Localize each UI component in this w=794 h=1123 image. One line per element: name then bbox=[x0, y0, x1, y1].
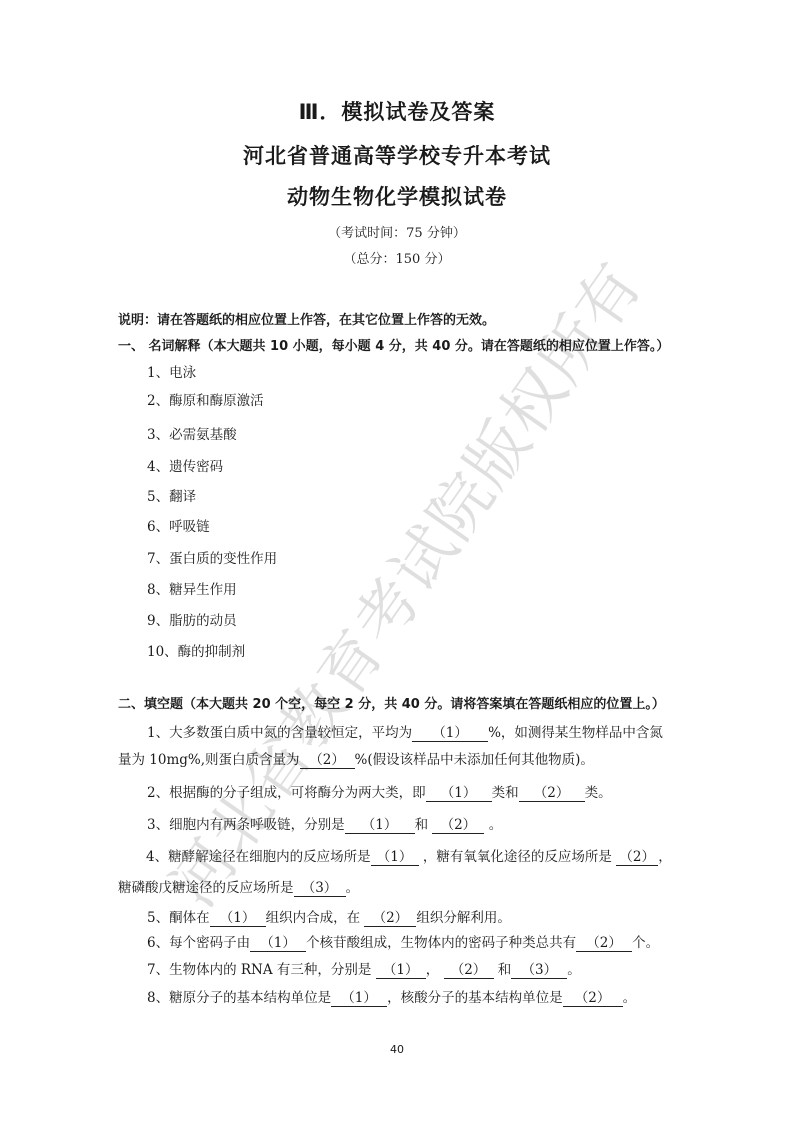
question-text: ， bbox=[426, 962, 440, 978]
answer-blank[interactable]: （1） bbox=[371, 850, 419, 866]
question-4-line-2: 糖磷酸戊糖途径的反应场所是（3）。 bbox=[118, 876, 359, 897]
question-text: 类和 bbox=[492, 785, 519, 801]
list-item: 3、必需氨基酸 bbox=[147, 423, 237, 443]
list-item: 9、脂肪的动员 bbox=[147, 609, 237, 629]
question-6: 6、每个密码子由（1）个核苷酸组成，生物体内的密码子种类总共有（2）个。 bbox=[147, 931, 659, 952]
question-text: ，核酸分子的基本结构单位是 bbox=[387, 990, 563, 1006]
answer-blank[interactable]: （2） bbox=[616, 850, 658, 866]
list-item: 8、糖异生作用 bbox=[147, 578, 237, 598]
question-text: 类。 bbox=[585, 785, 612, 801]
question-3: 3、细胞内有两条呼吸链，分别是（1）和 （2） 。 bbox=[147, 813, 502, 834]
question-text: 和 bbox=[498, 962, 512, 978]
question-text: 1、大多数蛋白质中氮的含量较恒定，平均为 bbox=[147, 725, 412, 741]
question-text: 。 bbox=[623, 990, 637, 1006]
answer-blank[interactable]: （2） bbox=[444, 963, 494, 979]
answer-blank[interactable]: （3） bbox=[294, 881, 346, 897]
question-text: ，糖有氧氧化途径的反应场所是 bbox=[423, 849, 612, 865]
question-1-line-2: 量为 10mg%,则蛋白质含量为（2）%(假设该样品中未添加任何其他物质)。 bbox=[118, 748, 594, 769]
instructions: 说明：请在答题纸的相应位置上作答，在其它位置上作答的无效。 bbox=[118, 309, 495, 328]
question-text: 2、根据酶的分子组成，可将酶分为两大类，即 bbox=[147, 785, 426, 801]
question-text: 。 bbox=[489, 817, 503, 833]
answer-blank[interactable]: （1） bbox=[331, 991, 387, 1007]
question-text: 个。 bbox=[632, 935, 659, 951]
question-text: 3、细胞内有两条呼吸链，分别是 bbox=[147, 817, 345, 833]
list-item: 2、酶原和酶原激活 bbox=[147, 389, 264, 409]
answer-blank[interactable]: （2） bbox=[563, 991, 623, 1007]
answer-blank[interactable]: （1） bbox=[426, 786, 492, 802]
list-item: 6、呼吸链 bbox=[147, 515, 210, 535]
question-text: 糖磷酸戊糖途径的反应场所是 bbox=[118, 880, 294, 896]
question-text: 。 bbox=[567, 962, 581, 978]
exam-page: 河北省教育考试院版权所有 Ⅲ．模拟试卷及答案 河北省普通高等学校专升本考试 动物… bbox=[0, 0, 794, 1123]
answer-blank[interactable]: （2） bbox=[364, 911, 416, 927]
question-5: 5、酮体在（1）组织内合成，在 （2）组织分解利用。 bbox=[147, 906, 511, 927]
exam-title: 河北省普通高等学校专升本考试 bbox=[0, 140, 794, 170]
question-text: 7、生物体内的 RNA 有三种，分别是 bbox=[147, 962, 371, 978]
exam-score: （总分：150 分） bbox=[0, 248, 794, 267]
question-text: ， bbox=[658, 849, 672, 865]
list-item: 7、蛋白质的变性作用 bbox=[147, 547, 277, 567]
answer-blank[interactable]: （1） bbox=[376, 963, 426, 979]
answer-blank[interactable]: （3） bbox=[511, 963, 567, 979]
question-text: 个核苷酸组成，生物体内的密码子种类总共有 bbox=[306, 935, 576, 951]
question-text: 量为 10mg%,则蛋白质含量为 bbox=[118, 752, 300, 768]
answer-blank[interactable]: （1） bbox=[210, 911, 266, 927]
question-7: 7、生物体内的 RNA 有三种，分别是 （1）， （2） 和（3）。 bbox=[147, 958, 581, 979]
question-text: 。 bbox=[346, 880, 360, 896]
answer-blank[interactable]: （1） bbox=[345, 818, 415, 834]
section2-heading: 二、填空题（本大题共 20 个空，每空 2 分，共 40 分。请将答案填在答题纸… bbox=[118, 693, 665, 712]
question-4-line-1: 4、糖酵解途径在细胞内的反应场所是（1） ，糖有氧氧化途径的反应场所是 （2）， bbox=[146, 845, 672, 866]
question-text: 5、酮体在 bbox=[147, 910, 210, 926]
question-1-line-1: 1、大多数蛋白质中氮的含量较恒定，平均为（1）%，如测得某生物样品中含氮 bbox=[147, 721, 663, 742]
question-2: 2、根据酶的分子组成，可将酶分为两大类，即（1）类和（2）类。 bbox=[147, 781, 612, 802]
question-text: 组织分解利用。 bbox=[416, 910, 511, 926]
question-text: 6、每个密码子由 bbox=[147, 935, 250, 951]
question-text: 4、糖酵解途径在细胞内的反应场所是 bbox=[146, 849, 371, 865]
list-item: 4、遗传密码 bbox=[147, 455, 223, 475]
page-number: 40 bbox=[0, 1043, 794, 1056]
section-title: Ⅲ．模拟试卷及答案 bbox=[0, 96, 794, 126]
question-text: %(假设该样品中未添加任何其他物质)。 bbox=[355, 752, 594, 768]
answer-blank[interactable]: （2） bbox=[519, 786, 585, 802]
question-text: %，如测得某生物样品中含氮 bbox=[488, 725, 663, 741]
question-text: 组织内合成，在 bbox=[266, 910, 361, 926]
list-item: 1、电泳 bbox=[147, 361, 196, 381]
question-8: 8、糖原分子的基本结构单位是（1），核酸分子的基本结构单位是（2）。 bbox=[147, 986, 636, 1007]
list-item: 10、酶的抑制剂 bbox=[147, 640, 245, 660]
answer-blank[interactable]: （2） bbox=[432, 818, 484, 834]
section1-heading: 一、 名词解释（本大题共 10 小题，每小题 4 分，共 40 分。请在答题纸的… bbox=[118, 335, 669, 354]
answer-blank[interactable]: （1） bbox=[250, 936, 306, 952]
exam-subtitle: 动物生物化学模拟试卷 bbox=[0, 181, 794, 211]
question-text: 8、糖原分子的基本结构单位是 bbox=[147, 990, 331, 1006]
answer-blank[interactable]: （2） bbox=[300, 753, 355, 769]
exam-time: （考试时间：75 分钟） bbox=[0, 222, 794, 241]
answer-blank[interactable]: （1） bbox=[412, 726, 488, 742]
question-text: 和 bbox=[415, 817, 429, 833]
answer-blank[interactable]: （2） bbox=[576, 936, 632, 952]
list-item: 5、翻译 bbox=[147, 485, 196, 505]
